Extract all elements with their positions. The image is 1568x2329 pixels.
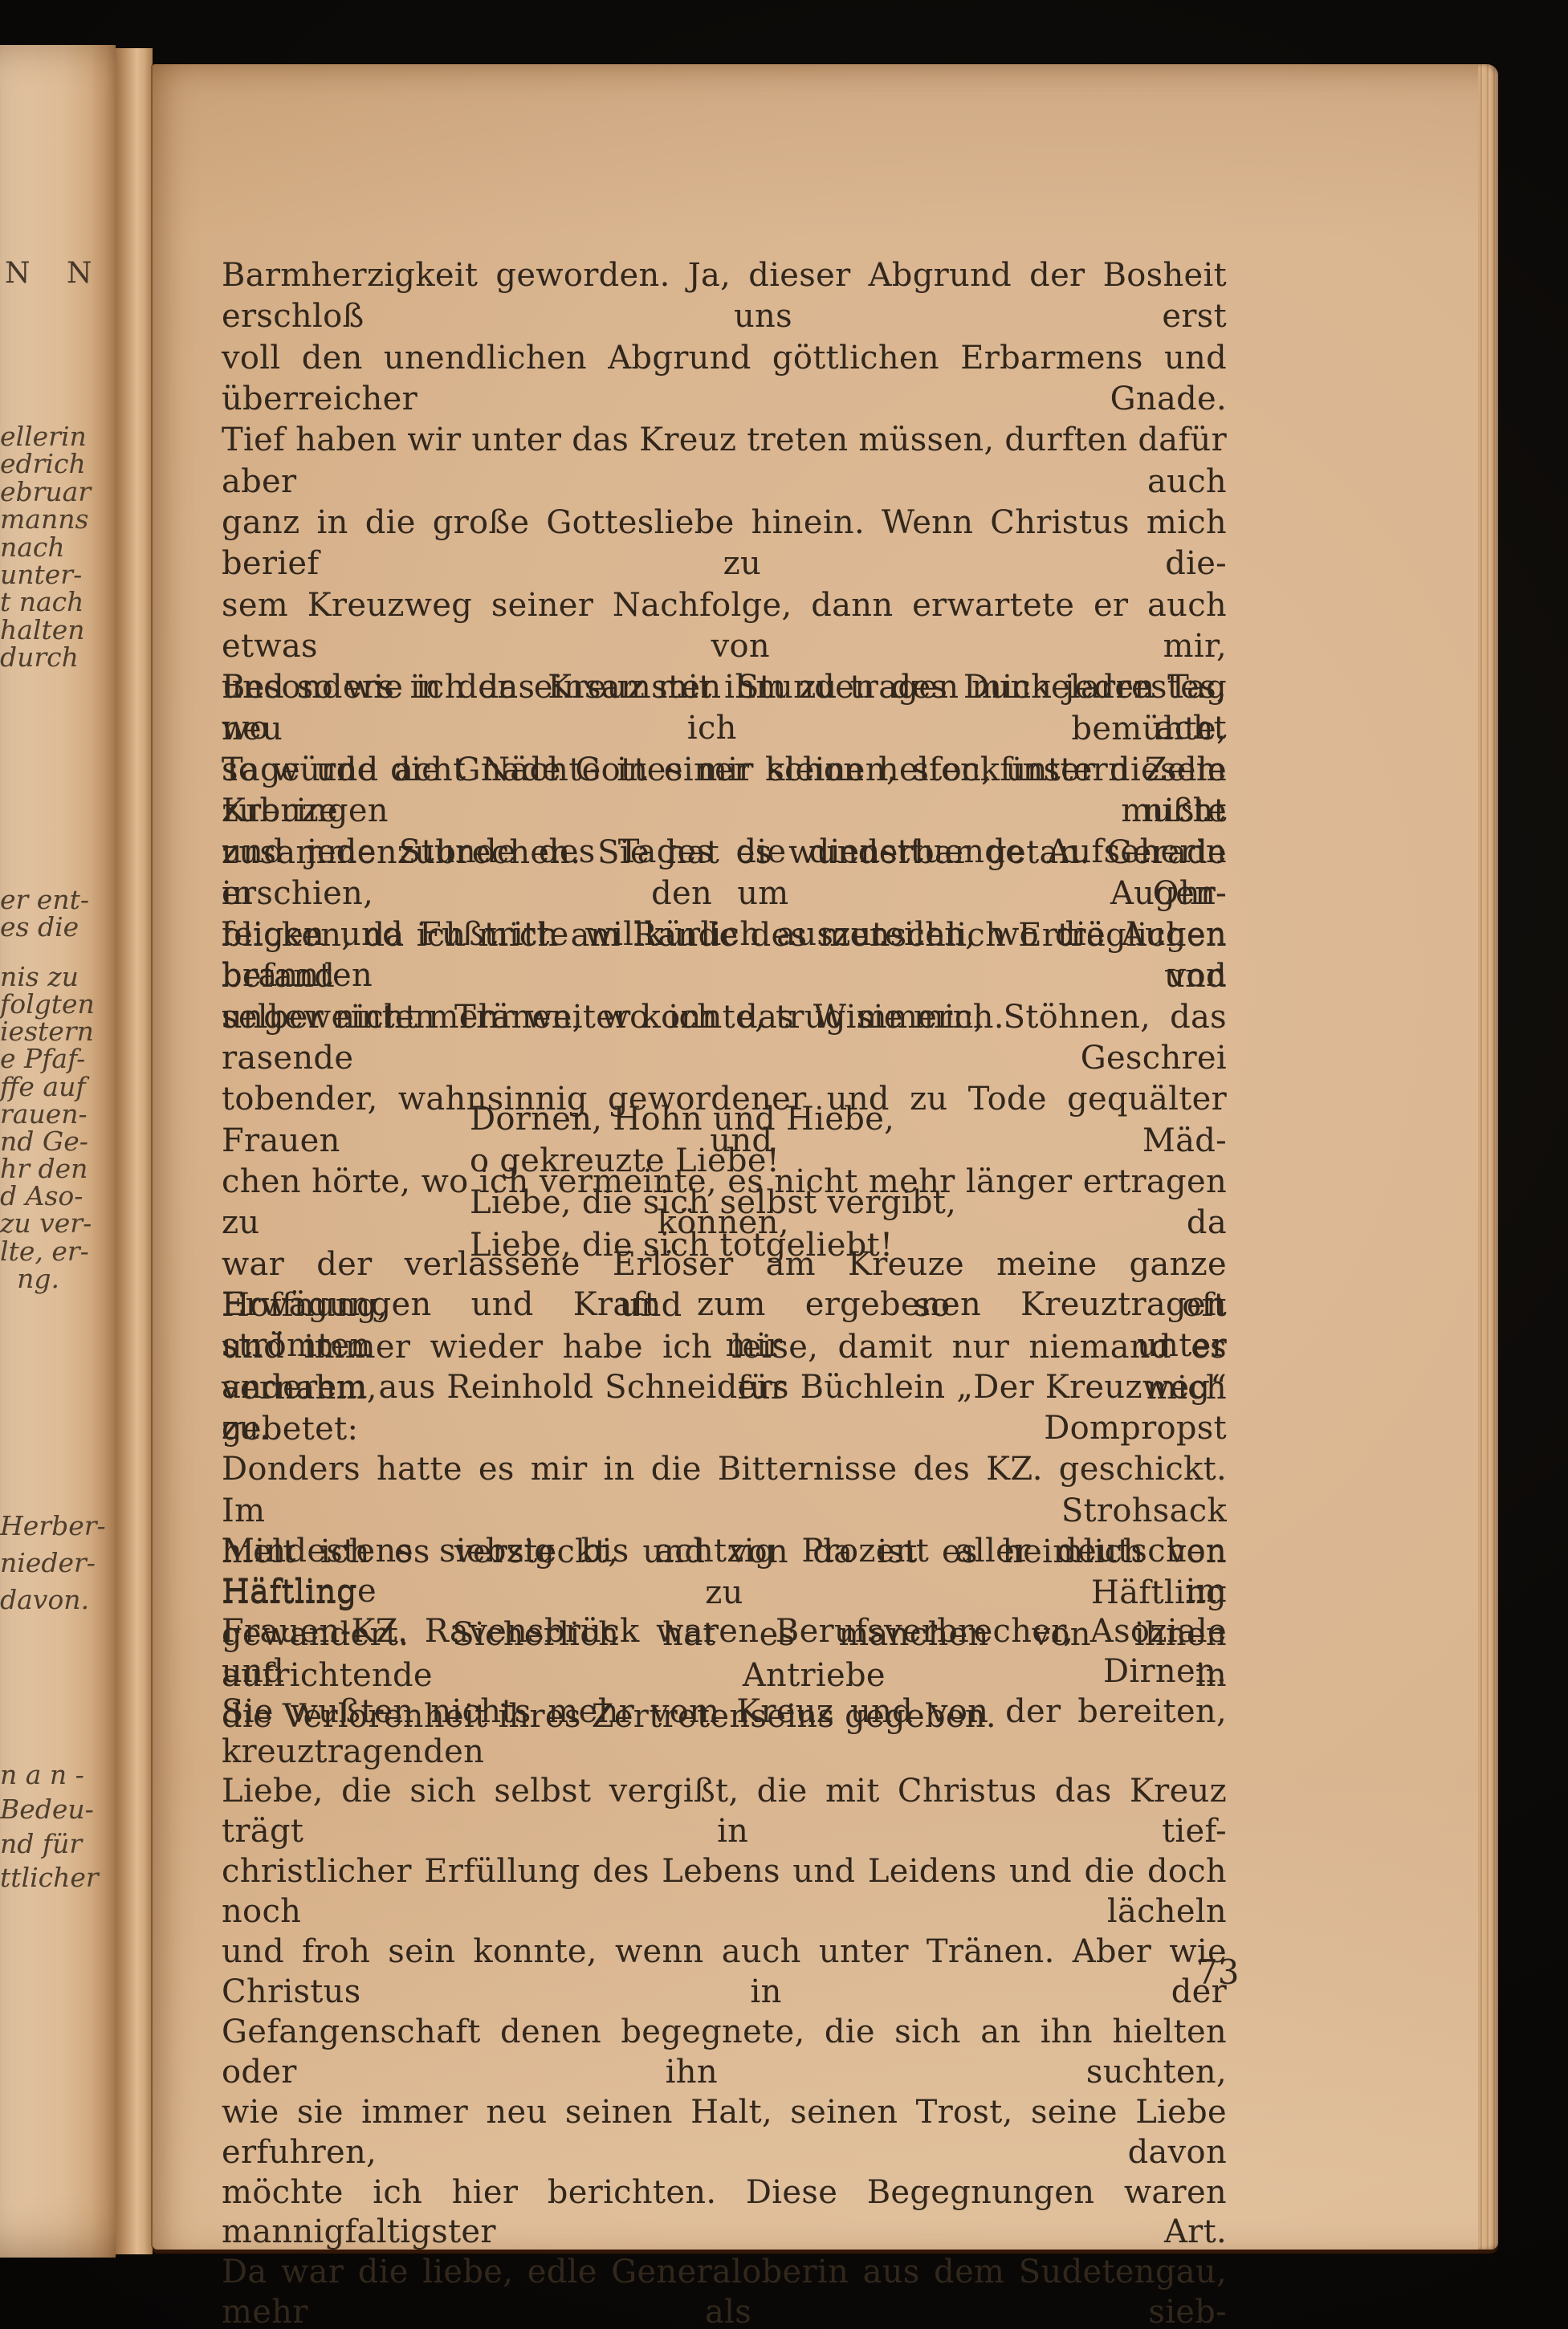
facing-page-header: N N [5, 257, 105, 290]
text-line: und jede Stunde des Tages die diensttuen… [222, 832, 1227, 914]
fragment-line: Herber- [0, 1508, 59, 1545]
fragment-line: halten [0, 617, 59, 644]
text-line: Frauen-KZ. Ravensbrück waren Berufsverbr… [222, 1612, 1227, 1692]
fragment-line: nis zu [0, 963, 59, 991]
book-spine-gutter [116, 48, 153, 2254]
facing-page-fragment-group: er ent-es die [0, 886, 59, 942]
text-line: voll den unendlichen Abgrund göttlichen … [222, 338, 1227, 421]
fragment-line: nd Ge- [0, 1128, 59, 1155]
text-line: Besonders in den einsamsten Stunden des … [222, 667, 1227, 750]
fragment-line: iestern [0, 1018, 59, 1045]
text-line: und froh sein konnte, wenn auch unter Tr… [222, 1932, 1227, 2013]
text-line: Erwägungen und Kraft zum ergebenen Kreuz… [222, 1285, 1227, 1367]
fragment-line: er ent- [0, 886, 59, 914]
text-line: Barmherzigkeit geworden. Ja, dieser Abgr… [222, 255, 1227, 338]
text-line: Mindestens siebzig bis achtzig Prozent a… [222, 1532, 1227, 1612]
text-line: Liebe, die sich selbst vergißt, die mit … [222, 1772, 1227, 1852]
fragment-line: es die [0, 914, 59, 941]
fragment-line: ffe auf [0, 1073, 59, 1101]
fragment-line: durch [0, 644, 59, 671]
fragment-line: hr den [0, 1155, 59, 1183]
fragment-line: manns [0, 506, 59, 533]
text-line: anderem aus Reinhold Schneiders Büchlein… [222, 1367, 1227, 1450]
text-line: Gefangenschaft denen begegnete, die sich… [222, 2013, 1227, 2093]
text-line: Tage und acht Nächte in einer kleinen, s… [222, 750, 1227, 833]
fragment-line: unter- [0, 561, 59, 588]
fragment-line: ttlicher [0, 1861, 59, 1895]
fragment-line: d Aso- [0, 1183, 59, 1210]
text-line: o gekreuzte Liebe! [470, 1140, 1227, 1182]
fragment-line: nach [0, 534, 59, 561]
page-fore-edge [1478, 64, 1498, 2250]
text-line: möchte ich hier berichten. Diese Begegnu… [222, 2173, 1227, 2254]
fragment-line: folgten [0, 991, 59, 1018]
facing-page-edge: N N ellerinedrichebruarmannsnachunter-t … [0, 45, 116, 2258]
text-line: Tief haben wir unter das Kreuz treten mü… [222, 420, 1227, 503]
fragment-line: zu ver- [0, 1210, 59, 1237]
text-line: wie sie immer neu seinen Halt, seinen Tr… [222, 2093, 1227, 2173]
facing-page-fragment-group: nis zufolgteniesterne Pfaf-ffe aufrauen-… [0, 963, 59, 1293]
fragment-line: lte, er- [0, 1238, 59, 1265]
fragment-line: Bedeu- [0, 1793, 59, 1827]
paragraph: Mindestens siebzig bis achtzig Prozent a… [222, 1532, 1227, 2329]
page-number: 73 [1196, 1952, 1239, 1992]
text-line: ganz in die große Gottesliebe hinein. We… [222, 503, 1227, 585]
fragment-line: rauen- [0, 1101, 59, 1128]
fragment-line: davon. [0, 1582, 59, 1618]
text-line: feigen und Fußtritte willkürlich auszute… [222, 914, 1227, 997]
poem-block: Dornen, Hohn und Hiebe,o gekreuzte Liebe… [222, 1098, 1227, 1266]
fragment-line: nieder- [0, 1545, 59, 1582]
book-page: Barmherzigkeit geworden. Ja, dieser Abgr… [153, 64, 1498, 2250]
text-line: Liebe, die sich totgeliebt! [470, 1224, 1227, 1266]
facing-page-fragment-group: ellerinedrichebruarmannsnachunter-t nach… [0, 423, 59, 672]
fragment-line: ebruar [0, 478, 59, 506]
fragment-line: t nach [0, 588, 59, 616]
text-line: Liebe, die sich selbst vergibt, [470, 1182, 1227, 1224]
text-line: Da war die liebe, edle Generaloberin aus… [222, 2253, 1227, 2329]
book-photo: N N ellerinedrichebruarmannsnachunter-t … [0, 0, 1568, 2329]
facing-page-fragment-group: n a n -Bedeu-nd fürttlicher [0, 1758, 59, 1895]
text-line: ungeweinten Tränen, wo ich das Wimmern, … [222, 997, 1227, 1080]
fragment-line: ng. [0, 1265, 59, 1293]
facing-page-fragment-group: Herber-nieder-davon. [0, 1508, 59, 1618]
fragment-line: e Pfaf- [0, 1045, 59, 1073]
text-line: Donders hatte es mir in die Bitternisse … [222, 1449, 1227, 1532]
fragment-line: ellerin [0, 423, 59, 450]
fragment-line: edrich [0, 450, 59, 478]
text-line: Dornen, Hohn und Hiebe, [470, 1098, 1227, 1140]
fragment-line: n a n - [0, 1758, 59, 1793]
fragment-line: nd für [0, 1827, 59, 1862]
text-line: christlicher Erfüllung des Lebens und Le… [222, 1852, 1227, 1932]
text-line: Sie wußten nichts mehr vom Kreuz und von… [222, 1692, 1227, 1773]
text-line: sem Kreuzweg seiner Nachfolge, dann erwa… [222, 585, 1227, 668]
